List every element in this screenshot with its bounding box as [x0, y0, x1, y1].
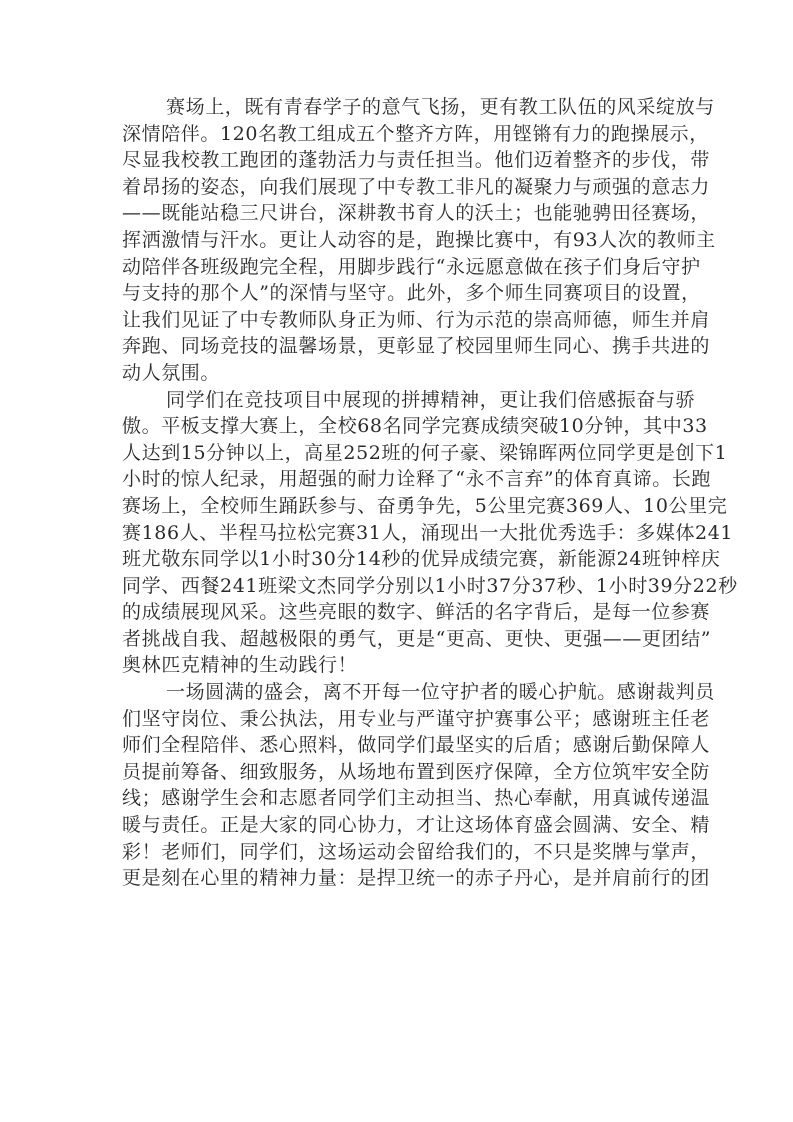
text-line: 班尤敬东同学以1小时30分14秒的优异成绩完赛，新能源24班钟梓庆 [122, 546, 674, 573]
text-line: 人达到15分钟以上，高星252班的何子豪、梁锦晖两位同学更是创下1 [122, 440, 674, 467]
text-line: 们坚守岗位、秉公执法，用专业与严谨守护赛事公平；感谢班主任老 [122, 706, 674, 733]
document-page: 赛场上，既有青春学子的意气飞扬，更有教工队伍的风采绽放与 深情陪伴。120名教工… [0, 0, 793, 1122]
text-line: 同学们在竞技项目中展现的拼搏精神，更让我们倍感振奋与骄 [122, 387, 674, 414]
text-line: 与支持的那个人”的深情与坚守。此外，多个师生同赛项目的设置， [122, 280, 674, 307]
text-line: 着昂扬的姿态，向我们展现了中专教工非凡的凝聚力与顽强的意志力 [122, 174, 674, 201]
paragraph-2: 同学们在竞技项目中展现的拼搏精神，更让我们倍感振奋与骄 傲。平板支撑大赛上，全校… [122, 387, 674, 680]
text-line: 同学、西餐241班梁文杰同学分别以1小时37分37秒、1小时39分22秒 [122, 573, 674, 600]
text-line: ——既能站稳三尺讲台，深耕教书育人的沃土；也能驰骋田径赛场， [122, 200, 674, 227]
text-line: 赛场上，全校师生踊跃参与、奋勇争先，5公里完赛369人、10公里完 [122, 493, 674, 520]
text-line: 的成绩展现风采。这些亮眼的数字、鲜活的名字背后，是每一位参赛 [122, 599, 674, 626]
document-body: 赛场上，既有青春学子的意气飞扬，更有教工队伍的风采绽放与 深情陪伴。120名教工… [122, 94, 674, 892]
text-line: 让我们见证了中专教师队身正为师、行为示范的崇高师德，师生并肩 [122, 307, 674, 334]
text-line: 线；感谢学生会和志愿者同学们主动担当、热心奉献，用真诚传递温 [122, 785, 674, 812]
text-line: 动人氛围。 [122, 360, 674, 387]
text-line: 深情陪伴。120名教工组成五个整齐方阵，用铿锵有力的跑操展示， [122, 121, 674, 148]
text-line: 师们全程陪伴、悉心照料，做同学们最坚实的后盾；感谢后勤保障人 [122, 732, 674, 759]
text-line: 傲。平板支撑大赛上，全校68名同学完赛成绩突破10分钟，其中33 [122, 413, 674, 440]
text-line: 暖与责任。正是大家的同心协力，才让这场体育盛会圆满、安全、精 [122, 812, 674, 839]
text-line: 奥林匹克精神的生动践行！ [122, 652, 674, 679]
text-line: 赛186人、半程马拉松完赛31人，涌现出一大批优秀选手：多媒体241 [122, 520, 674, 547]
text-line: 赛场上，既有青春学子的意气飞扬，更有教工队伍的风采绽放与 [122, 94, 674, 121]
text-line: 一场圆满的盛会，离不开每一位守护者的暖心护航。感谢裁判员 [122, 679, 674, 706]
paragraph-1: 赛场上，既有青春学子的意气飞扬，更有教工队伍的风采绽放与 深情陪伴。120名教工… [122, 94, 674, 387]
text-line: 小时的惊人纪录，用超强的耐力诠释了“永不言弃”的体育真谛。长跑 [122, 466, 674, 493]
paragraph-3: 一场圆满的盛会，离不开每一位守护者的暖心护航。感谢裁判员 们坚守岗位、秉公执法，… [122, 679, 674, 892]
text-line: 彩！老师们，同学们，这场运动会留给我们的，不只是奖牌与掌声， [122, 839, 674, 866]
text-line: 挥洒激情与汗水。更让人动容的是，跑操比赛中，有93人次的教师主 [122, 227, 674, 254]
text-line: 尽显我校教工跑团的蓬勃活力与责任担当。他们迈着整齐的步伐，带 [122, 147, 674, 174]
text-line: 员提前筹备、细致服务，从场地布置到医疗保障，全方位筑牢安全防 [122, 759, 674, 786]
text-line: 动陪伴各班级跑完全程，用脚步践行“永远愿意做在孩子们身后守护 [122, 254, 674, 281]
text-line: 奔跑、同场竞技的温馨场景，更彰显了校园里师生同心、携手共进的 [122, 333, 674, 360]
text-line: 更是刻在心里的精神力量：是捍卫统一的赤子丹心，是并肩前行的团 [122, 865, 674, 892]
text-line: 者挑战自我、超越极限的勇气，更是“更高、更快、更强——更团结” [122, 626, 674, 653]
